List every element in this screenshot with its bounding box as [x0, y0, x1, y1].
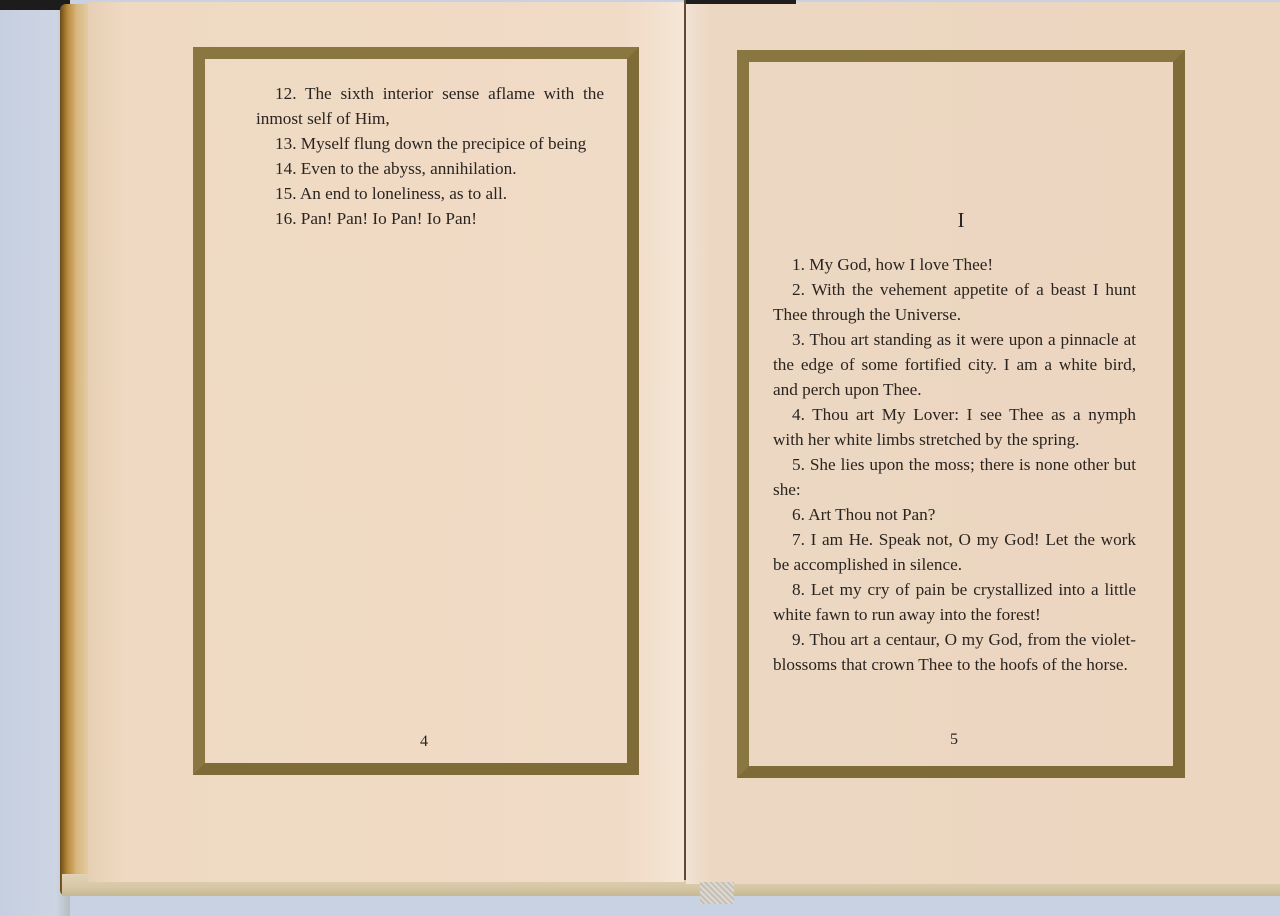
- verse: 15. An end to loneliness, as to all.: [256, 181, 604, 206]
- verse-text: An end to loneliness, as to all.: [300, 184, 507, 203]
- verse-text: Art Thou not Pan?: [808, 505, 935, 524]
- verse-text: The sixth interior sense aflame with the…: [256, 84, 604, 128]
- verse: 1. My God, how I love Thee!: [773, 252, 1136, 277]
- right-page-text: 1. My God, how I love Thee! 2. With the …: [773, 252, 1136, 677]
- verse-number: 5.: [792, 455, 805, 474]
- book-gutter: [684, 0, 686, 880]
- verse-text: My God, how I love Thee!: [809, 255, 993, 274]
- verse-number: 8.: [792, 580, 805, 599]
- verse-number: 13.: [275, 134, 296, 153]
- left-page: 12. The sixth interior sense aflame with…: [88, 2, 684, 882]
- verse-text: Thou art standing as it were upon a pinn…: [773, 330, 1136, 399]
- verse-text: With the vehement appetite of a beast I …: [773, 280, 1136, 324]
- verse-number: 7.: [792, 530, 805, 549]
- verse-text: Myself flung down the precipice of being: [301, 134, 586, 153]
- verse-number: 15.: [275, 184, 296, 203]
- verse-text: Even to the abyss, annihilation.: [301, 159, 517, 178]
- page-number: 5: [934, 731, 974, 749]
- bookmark-ribbon: [700, 882, 734, 904]
- verse-text: Thou art My Lover: I see Thee as a nymph…: [773, 405, 1136, 449]
- verse: 6. Art Thou not Pan?: [773, 502, 1136, 527]
- verse-number: 1.: [792, 255, 805, 274]
- verse-text: Let my cry of pain be crystallized into …: [773, 580, 1136, 624]
- verse: 7. I am He. Speak not, O my God! Let the…: [773, 527, 1136, 577]
- verse-number: 4.: [792, 405, 805, 424]
- page-number: 4: [404, 733, 444, 751]
- verse-text: I am He. Speak not, O my God! Let the wo…: [773, 530, 1136, 574]
- verse: 4. Thou art My Lover: I see Thee as a ny…: [773, 402, 1136, 452]
- verse: 2. With the vehement appetite of a beast…: [773, 277, 1136, 327]
- verse-text: She lies upon the moss; there is none ot…: [773, 455, 1136, 499]
- verse-number: 12.: [275, 84, 296, 103]
- verse-number: 6.: [792, 505, 805, 524]
- verse-number: 14.: [275, 159, 296, 178]
- verse-number: 3.: [792, 330, 805, 349]
- verse: 14. Even to the abyss, annihilation.: [256, 156, 604, 181]
- book-cover-edge: [60, 4, 90, 896]
- verse: 5. She lies upon the moss; there is none…: [773, 452, 1136, 502]
- verse: 3. Thou art standing as it were upon a p…: [773, 327, 1136, 402]
- verse: 16. Pan! Pan! Io Pan! Io Pan!: [256, 206, 604, 231]
- verse-number: 9.: [792, 630, 805, 649]
- left-page-text: 12. The sixth interior sense aflame with…: [256, 81, 604, 231]
- scanner-edge: [686, 0, 796, 4]
- verse-number: 16.: [275, 209, 296, 228]
- verse: 8. Let my cry of pain be crystallized in…: [773, 577, 1136, 627]
- right-page: I 1. My God, how I love Thee! 2. With th…: [686, 2, 1280, 884]
- chapter-heading: I: [737, 208, 1185, 233]
- verse-text: Pan! Pan! Io Pan! Io Pan!: [301, 209, 477, 228]
- verse: 12. The sixth interior sense aflame with…: [256, 81, 604, 131]
- verse: 13. Myself flung down the precipice of b…: [256, 131, 604, 156]
- verse-number: 2.: [792, 280, 805, 299]
- verse-text: Thou art a centaur, O my God, from the v…: [773, 630, 1136, 674]
- verse: 9. Thou art a centaur, O my God, from th…: [773, 627, 1136, 677]
